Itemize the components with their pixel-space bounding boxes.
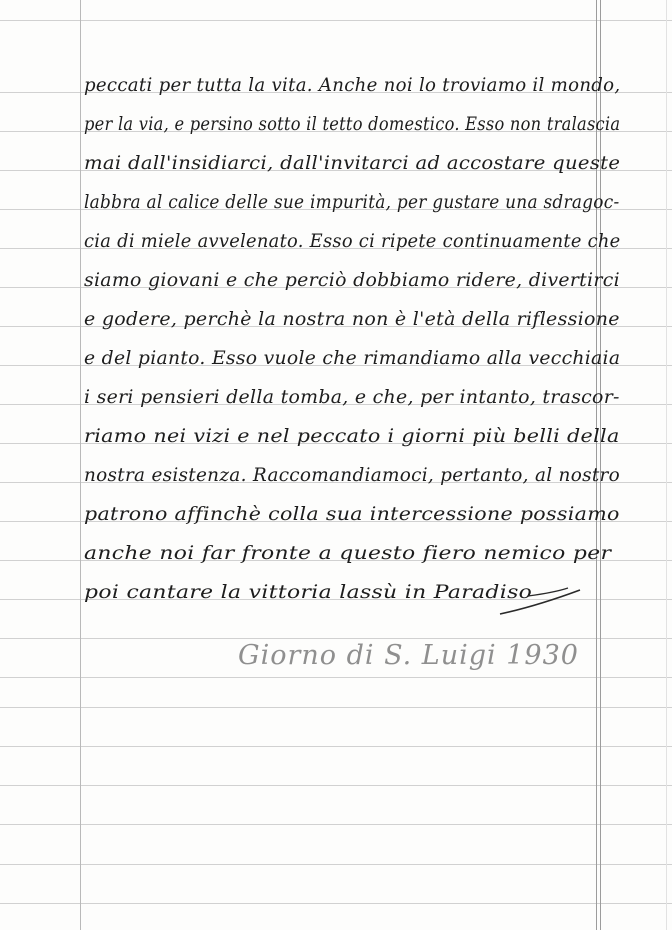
text-line: siamo giovani e che perciò dobbiamo ride… <box>84 269 620 291</box>
left-margin-line <box>80 0 81 930</box>
text-line: poi cantare la vittoria lassù in Paradis… <box>84 581 532 603</box>
text-line: e del pianto. Esso vuole che rimandiamo … <box>84 347 620 369</box>
text-line: nostra esistenza. Raccomandiamoci, perta… <box>84 464 620 486</box>
page-edge <box>666 0 667 930</box>
text-line: labbra al calice delle sue impurità, per… <box>84 191 619 213</box>
ruled-line <box>0 677 672 678</box>
notebook-page: peccati per tutta la vita. Anche noi lo … <box>0 0 672 930</box>
text-line: mai dall'insidiarci, dall'invitarci ad a… <box>84 152 620 174</box>
text-line: cia di miele avvelenato. Esso ci ripete … <box>84 230 621 252</box>
text-line: anche noi far fronte a questo fiero nemi… <box>84 542 611 564</box>
pen-flourish-icon <box>498 584 588 620</box>
ruled-line <box>0 707 672 708</box>
text-line: patrono affinchè colla sua intercessione… <box>84 503 620 525</box>
ruled-line <box>0 20 672 21</box>
ruled-line <box>0 903 672 904</box>
ruled-line <box>0 824 672 825</box>
text-line: per la via, e persino sotto il tetto dom… <box>84 113 620 135</box>
text-line: i seri pensieri della tomba, e che, per … <box>84 386 620 408</box>
ruled-line <box>0 638 672 639</box>
ruled-line <box>0 864 672 865</box>
text-line: e godere, perchè la nostra non è l'età d… <box>84 308 620 330</box>
text-line: riamo nei vizi e nel peccato i giorni pi… <box>84 425 620 447</box>
ruled-line <box>0 785 672 786</box>
date-signature: Giorno di S. Luigi 1930 <box>238 640 579 671</box>
text-line: peccati per tutta la vita. Anche noi lo … <box>84 74 620 96</box>
ruled-line <box>0 746 672 747</box>
